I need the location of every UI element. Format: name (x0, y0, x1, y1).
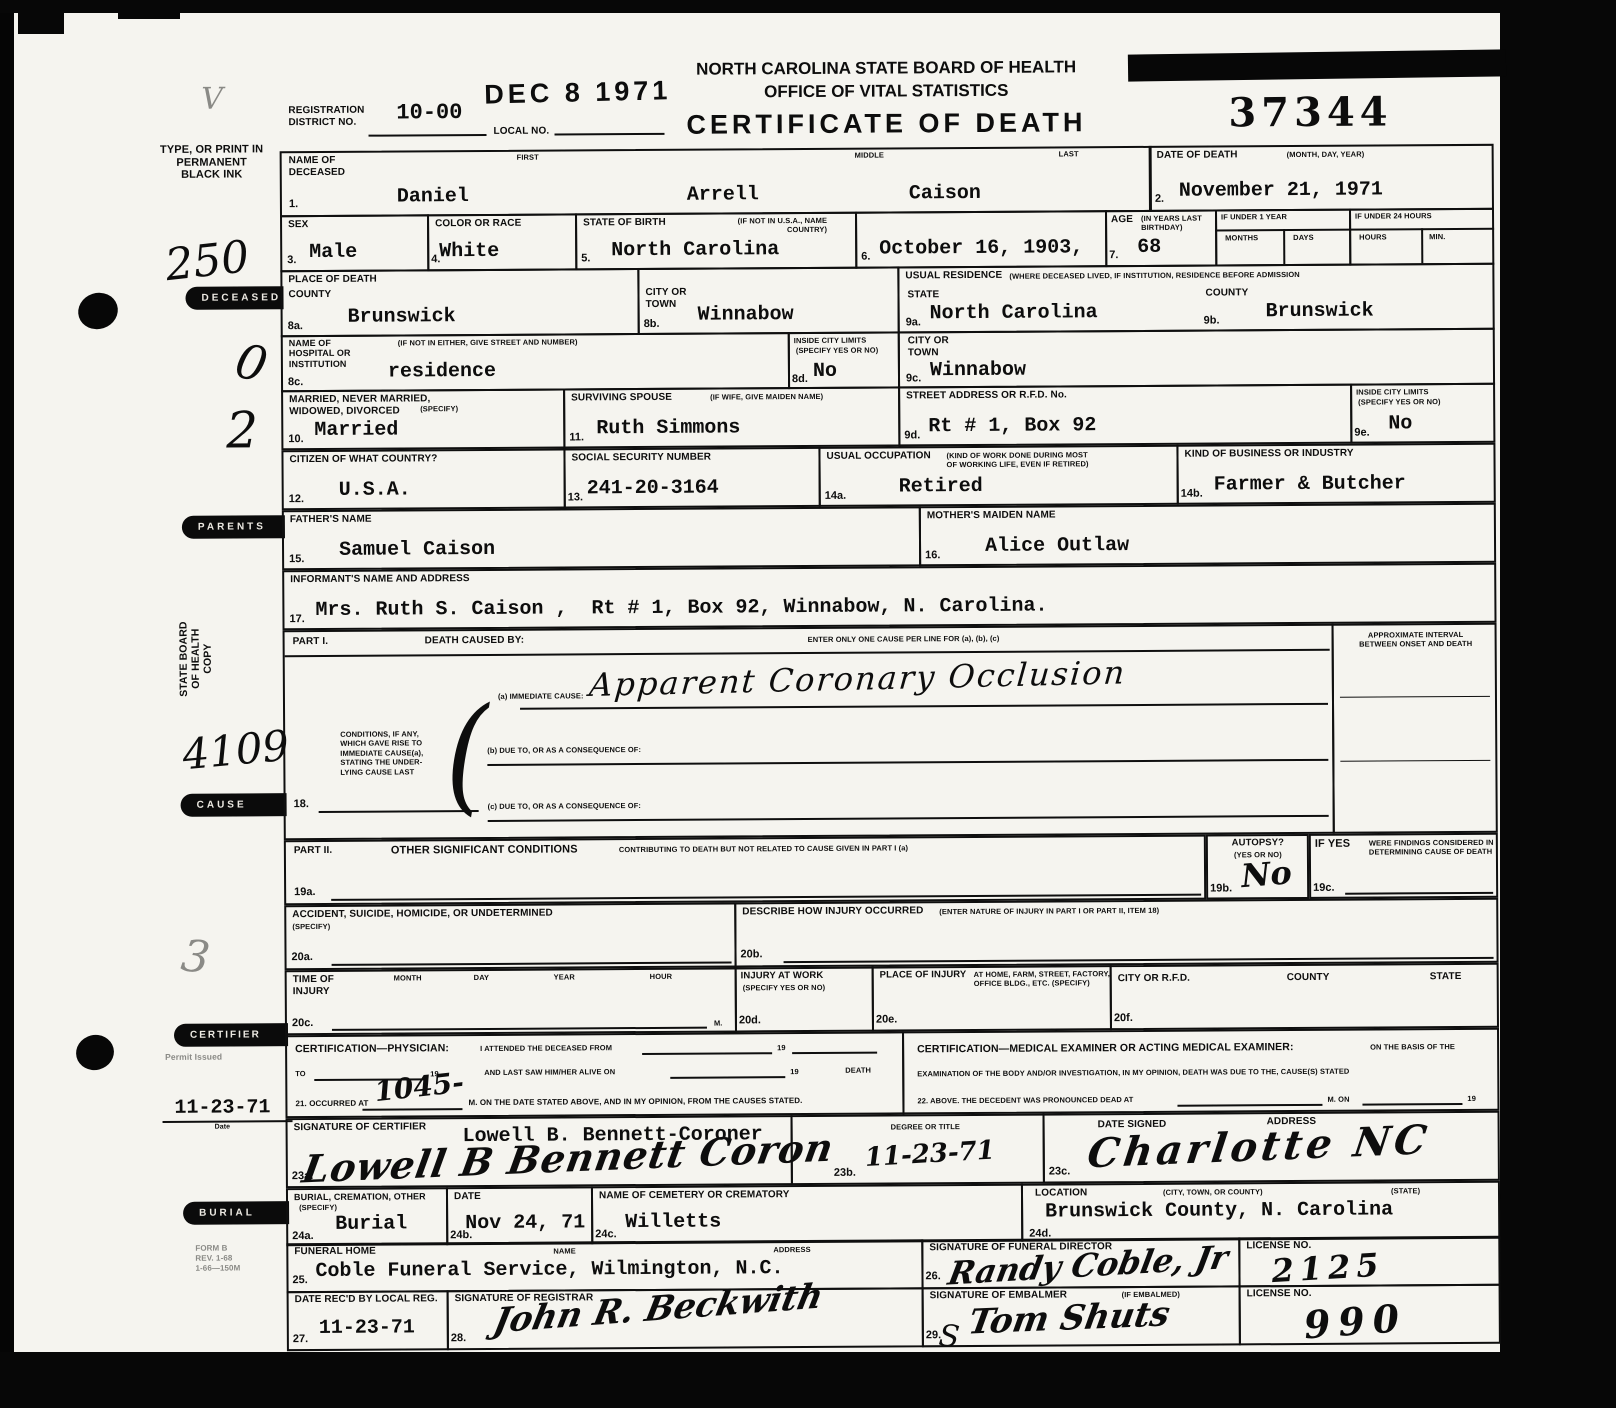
tab-certifier: CERTIFIER (174, 1023, 288, 1047)
copy-stamp: STATE BOARD OF HEALTH COPY (177, 608, 238, 708)
under1-months: MONTHS (1225, 233, 1258, 243)
interval-label: APPROXIMATE INTERVAL BETWEEN ONSET AND D… (1345, 630, 1487, 650)
cell-part1 (283, 624, 1335, 840)
scanned-death-certificate: V TYPE, OR PRINT IN PERMANENT BLACK INK … (0, 0, 1616, 1408)
cert-phys-to: TO (295, 1069, 306, 1078)
birth-state-sublabel: (IF NOT IN U.S.A., NAME COUNTRY) (697, 216, 827, 236)
cert-med-label: CERTIFICATION—MEDICAL EXAMINER OR ACTING… (917, 1041, 1293, 1055)
location-label: LOCATION (1035, 1187, 1087, 1199)
degree-title-label: DEGREE OR TITLE (891, 1122, 960, 1132)
immediate-cause-label: (a) IMMEDIATE CAUSE: (498, 691, 584, 701)
street-label: STREET ADDRESS OR R.F.D. No. (906, 389, 1067, 401)
icl-9e-sublabel: (SPECIFY YES OR NO) (1358, 397, 1441, 407)
residence-city-num: 9c. (906, 373, 921, 384)
residence-label: USUAL RESIDENCE (905, 270, 1002, 282)
mother-label: MOTHER'S MAIDEN NAME (927, 509, 1056, 521)
certifier-sig-num: 23a. (292, 1171, 313, 1182)
license2-value: 990 (1302, 1295, 1408, 1348)
mother-value: Alice Outlaw (985, 536, 1129, 557)
director-num: 26. (925, 1271, 940, 1282)
office-name: OFFICE OF VITAL STATISTICS (656, 79, 1116, 105)
time-year: YEAR (554, 972, 575, 982)
cemetery-num: 24c. (595, 1229, 616, 1240)
accident-label: ACCIDENT, SUICIDE, HOMICIDE, OR UNDETERM… (292, 908, 553, 921)
place-injury-label: PLACE OF INJURY (880, 970, 967, 981)
ifyes-label: IF YES (1315, 838, 1350, 851)
time-injury-label: TIME OF INJURY (293, 974, 334, 997)
accident-num: 20a. (292, 952, 313, 963)
registrar-num: 28. (451, 1333, 466, 1344)
dod-label: DATE OF DEATH (1157, 149, 1238, 161)
hospital-sublabel: (IF NOT IN EITHER, GIVE STREET AND NUMBE… (398, 337, 578, 347)
registration-district-label: REGISTRATION DISTRICT NO. (288, 105, 364, 128)
conditions-brace: ( (445, 680, 489, 827)
name-middle-col: MIDDLE (855, 151, 884, 161)
marital-value: Married (314, 420, 398, 441)
ifyes-num: 19c. (1313, 883, 1334, 894)
street-value: Rt # 1, Box 92 (928, 416, 1096, 437)
location-value: Brunswick County, N. Carolina (1045, 1200, 1393, 1222)
pod-city-label: CITY OR TOWN (645, 287, 686, 310)
cause-c-label: (c) DUE TO, OR AS A CONSEQUENCE OF: (488, 801, 641, 811)
residence-county-label: COUNTY (1205, 287, 1248, 299)
margin-date-line (163, 1120, 293, 1123)
funeral-home-num: 25. (292, 1275, 307, 1286)
funeral-home-label: FUNERAL HOME (294, 1246, 376, 1258)
describe-note: (ENTER NATURE OF INJURY IN PART I OR PAR… (939, 906, 1159, 917)
ssn-num: 13. (568, 492, 583, 503)
pencil-checkmark: V (201, 82, 223, 117)
injury-county-label: COUNTY (1287, 972, 1330, 984)
icl-9e-num: 9e. (1354, 428, 1369, 439)
name-middle-value: Arrell (687, 185, 759, 205)
part1-label: PART I. (293, 636, 329, 648)
informant-num: 17. (289, 614, 304, 625)
tab-burial: BURIAL (183, 1201, 289, 1225)
age-num: 7. (1109, 250, 1118, 261)
father-value: Samuel Caison (339, 540, 495, 561)
burial-date-value: Nov 24, 71 (465, 1213, 585, 1234)
cert-occurred-label: 21. OCCURRED AT (295, 1099, 368, 1109)
name-last-value: Caison (909, 184, 981, 204)
name-first-value: Daniel (397, 187, 469, 207)
pod-county-value: Brunswick (348, 307, 456, 328)
cert-phys-text2: AND LAST SAW HIM/HER ALIVE ON (484, 1067, 615, 1077)
ssn-value: 241-20-3164 (587, 479, 719, 500)
ink-instruction: TYPE, OR PRINT IN PERMANENT BLACK INK (147, 143, 277, 182)
autopsy-value: No (1240, 853, 1293, 895)
address-num: 23c. (1049, 1166, 1070, 1177)
citizen-value: U.S.A. (339, 480, 411, 500)
under24-hours: HOURS (1359, 232, 1387, 242)
occupation-sublabel: (KIND OF WORK DONE DURING MOST OF WORKIN… (946, 450, 1088, 470)
part1-note: ENTER ONLY ONE CAUSE PER LINE FOR (a), (… (808, 634, 1000, 645)
phys-yr3: 19 (790, 1067, 799, 1076)
race-label: COLOR OR RACE (435, 218, 521, 230)
occupation-value: Retired (899, 477, 983, 498)
residence-state-value: North Carolina (930, 303, 1098, 324)
citizen-label: CITIZEN OF WHAT COUNTRY? (289, 453, 437, 465)
tab-parents: PARENTS (182, 515, 285, 539)
pod-label: PLACE OF DEATH (288, 274, 377, 286)
residence-state-label: STATE (907, 289, 939, 301)
embalmer-num: 29. (926, 1330, 941, 1341)
age-label: AGE (1111, 214, 1133, 226)
burial-sublabel: (SPECIFY) (299, 1203, 337, 1213)
certificate-title: CERTIFICATE OF DEATH (656, 104, 1116, 143)
part2-note: CONTRIBUTING TO DEATH BUT NOT RELATED TO… (619, 843, 908, 854)
spouse-num: 11. (569, 432, 584, 443)
date-received-num: 27. (293, 1334, 308, 1345)
permit-issued-label: Permit Issued (165, 1052, 222, 1063)
describe-label: DESCRIBE HOW INJURY OCCURRED (742, 905, 923, 918)
industry-value: Farmer & Butcher (1214, 474, 1406, 495)
license2-label: LICENSE NO. (1247, 1288, 1312, 1300)
residence-state-num: 9a. (906, 317, 921, 328)
race-value: White (439, 242, 499, 262)
cause-b-label: (b) DUE TO, OR AS A CONSEQUENCE OF: (487, 745, 641, 755)
father-label: FATHER'S NAME (290, 514, 372, 526)
residence-county-value: Brunswick (1266, 302, 1374, 323)
part2-label: PART II. (294, 845, 332, 857)
icl-8d-sublabel: (SPECIFY YES OR NO) (796, 346, 879, 356)
spouse-label: SURVIVING SPOUSE (571, 392, 672, 404)
certifier-sig-label: SIGNATURE OF CERTIFIER (294, 1121, 427, 1133)
hospital-num: 8c. (288, 377, 303, 388)
atwork-num: 20d. (739, 1015, 761, 1026)
cert-med-text2: 22. ABOVE. THE DECEDENT WAS PRONOUNCED D… (917, 1095, 1133, 1106)
cert-death-word: DEATH (845, 1066, 871, 1076)
place-injury-num: 20e. (876, 1014, 897, 1025)
age-value: 68 (1137, 238, 1161, 258)
industry-label: KIND OF BUSINESS OR INDUSTRY (1184, 448, 1353, 461)
board-name: NORTH CAROLINA STATE BOARD OF HEALTH (656, 56, 1116, 82)
med-yr: 19 (1467, 1094, 1476, 1103)
street-num: 9d. (904, 430, 920, 441)
describe-num: 20b. (740, 949, 762, 960)
funeral-home-name-col: NAME (553, 1246, 576, 1256)
pod-city-num: 8b. (644, 319, 660, 330)
margin-date-value: 11-23-71 (174, 1098, 270, 1119)
under1-label: IF UNDER 1 YEAR (1221, 212, 1287, 222)
cemetery-value: Willetts (625, 1213, 721, 1234)
burial-num: 24a. (292, 1231, 313, 1242)
sex-label: SEX (288, 219, 308, 231)
under24-label: IF UNDER 24 HOURS (1355, 211, 1432, 221)
pod-county-num: 8a. (288, 321, 303, 332)
atwork-sublabel: (SPECIFY YES OR NO) (743, 983, 826, 993)
tab-cause: CAUSE (181, 793, 287, 817)
mother-num: 16. (925, 550, 940, 561)
birth-state-num: 5. (581, 253, 590, 264)
conditions-label: CONDITIONS, IF ANY, WHICH GAVE RISE TO I… (340, 729, 423, 776)
occupation-label: USUAL OCCUPATION (826, 450, 930, 462)
citizen-num: 12. (289, 494, 304, 505)
pod-county-label: COUNTY (288, 289, 331, 301)
marital-sublabel: (SPECIFY) (420, 404, 458, 414)
age-sublabel: (IN YEARS LAST BIRTHDAY) (1141, 214, 1202, 233)
part1-title: DEATH CAUSED BY: (425, 635, 525, 647)
cert-med-note1: ON THE BASIS OF THE (1370, 1042, 1455, 1052)
marital-label: MARRIED, NEVER MARRIED, WIDOWED, DIVORCE… (289, 393, 430, 417)
icl-8d-num: 8d. (792, 374, 808, 385)
under24-vdivider (1421, 228, 1423, 263)
spouse-sublabel: (IF WIFE, GIVE MAIDEN NAME) (710, 392, 823, 402)
injury-loc-num: 20f. (1114, 1013, 1133, 1024)
father-num: 15. (289, 554, 304, 565)
burial-date-label: DATE (454, 1191, 481, 1203)
registration-district-value: 10-00 (396, 102, 462, 124)
informant-value: Mrs. Ruth S. Caison , Rt # 1, Box 92, Wi… (315, 597, 1047, 621)
license1-value: 2125 (1270, 1246, 1385, 1291)
margin-code-2: 2 (226, 401, 258, 459)
time-num: 20c. (292, 1018, 313, 1029)
registration-line (369, 134, 487, 137)
cert-phys-label: CERTIFICATION—PHYSICIAN: (295, 1042, 449, 1055)
birth-state-label: STATE OF BIRTH (583, 217, 666, 229)
name-num: 1. (289, 199, 298, 210)
part1-num: 18. (294, 799, 309, 810)
received-date-stamp: DEC 8 1971 (484, 75, 672, 110)
part2-num: 19a. (294, 887, 315, 898)
residence-city-value: Winnabow (930, 361, 1026, 382)
cert-med-m-on: M. ON (1327, 1095, 1349, 1105)
hospital-value: residence (388, 362, 496, 383)
burial-label: BURIAL, CREMATION, OTHER (294, 1191, 426, 1202)
dod-sublabel: (MONTH, DAY, YEAR) (1287, 150, 1365, 160)
margin-date-label: Date (215, 1124, 231, 1133)
funeral-home-value: Coble Funeral Service, Wilmington, N.C. (315, 1259, 783, 1282)
time-month: MONTH (394, 973, 422, 983)
under1-days: DAYS (1293, 233, 1314, 243)
autopsy-num: 19b. (1210, 883, 1232, 894)
atwork-label: INJURY AT WORK (741, 971, 824, 982)
autopsy-label: AUTOPSY? (1213, 838, 1303, 849)
under24-min: MIN. (1429, 232, 1445, 241)
cell-interval (1332, 623, 1498, 834)
name-last-col: LAST (1059, 149, 1079, 158)
cert-phys-text1: I ATTENDED THE DECEASED FROM (480, 1043, 612, 1053)
margin-code-3: 3 (178, 930, 213, 984)
birth-state-value: North Carolina (611, 240, 779, 261)
injury-city-label: CITY OR R.F.D. (1118, 973, 1190, 985)
spouse-value: Ruth Simmons (596, 418, 740, 439)
date-received-value: 11-23-71 (319, 1318, 415, 1339)
time-m: M. (714, 1019, 723, 1028)
embalmer-signature-hand: Tom Shuts (965, 1294, 1172, 1343)
cemetery-label: NAME OF CEMETERY OR CREMATORY (599, 1189, 790, 1202)
name-first-col: FIRST (517, 153, 539, 163)
marital-num: 10. (288, 434, 303, 445)
ifyes-note: WERE FINDINGS CONSIDERED IN DETERMINING … (1369, 838, 1494, 858)
place-injury-note: AT HOME, FARM, STREET, FACTORY, OFFICE B… (974, 969, 1110, 989)
icl-8d-label: INSIDE CITY LIMITS (794, 336, 867, 346)
certificate-number: 37344 (1228, 88, 1392, 136)
time-hour: HOUR (650, 972, 673, 982)
tab-deceased: DECEASED (185, 286, 283, 310)
location-note1: (CITY, TOWN, OR COUNTY) (1163, 1187, 1263, 1197)
informant-label: INFORMANT'S NAME AND ADDRESS (290, 573, 470, 586)
ssn-label: SOCIAL SECURITY NUMBER (571, 452, 711, 464)
time-day: DAY (474, 973, 490, 982)
sex-value: Male (309, 243, 357, 263)
local-no-label: LOCAL NO. (493, 126, 549, 138)
dob-value: October 16, 1903, (879, 238, 1083, 259)
industry-num: 14b. (1181, 489, 1203, 500)
dod-value: November 21, 1971 (1179, 180, 1383, 201)
dob-num: 6. (861, 252, 870, 263)
accident-sublabel: (SPECIFY) (292, 922, 330, 932)
date-signed-num: 23b. (834, 1168, 856, 1179)
funeral-home-addr-col: ADDRESS (773, 1245, 810, 1255)
dod-num: 2. (1155, 194, 1164, 205)
phys-yr1: 19 (777, 1043, 786, 1052)
residence-county-num: 9b. (1204, 315, 1220, 326)
under1-vdivider (1283, 229, 1285, 264)
local-no-line (555, 133, 665, 136)
residence-sublabel: (WHERE DECEASED LIVED, IF INSTITUTION, R… (1009, 270, 1299, 281)
margin-code-4109: 4109 (180, 721, 291, 780)
occupation-num: 14a. (825, 491, 846, 502)
icl-8d-value: No (813, 362, 837, 382)
pod-city-value: Winnabow (698, 305, 794, 326)
location-note2: (STATE) (1391, 1186, 1420, 1196)
hospital-label: NAME OF HOSPITAL OR INSTITUTION (289, 338, 351, 369)
residence-city-label: CITY OR TOWN (908, 335, 949, 358)
name-label: NAME OF DECEASED (289, 155, 346, 178)
form-revision-note: FORM B REV. 1-68 1-66—150M (195, 1243, 240, 1273)
injury-state-label: STATE (1430, 971, 1462, 983)
icl-9e-label: INSIDE CITY LIMITS (1356, 387, 1429, 397)
margin-code-250: 250 (163, 231, 252, 291)
margin-code-0: 0 (230, 333, 273, 395)
sex-num: 3. (287, 255, 296, 266)
date-received-label: DATE REC'D BY LOCAL REG. (295, 1293, 438, 1305)
burial-value: Burial (335, 1214, 407, 1234)
certificate-form: V TYPE, OR PRINT IN PERMANENT BLACK INK … (0, 0, 1616, 1408)
icl-9e-value: No (1388, 414, 1412, 434)
part2-title: OTHER SIGNIFICANT CONDITIONS (391, 843, 578, 857)
cert-occurred-rest: M. ON THE DATE STATED ABOVE, AND IN MY O… (468, 1096, 802, 1108)
